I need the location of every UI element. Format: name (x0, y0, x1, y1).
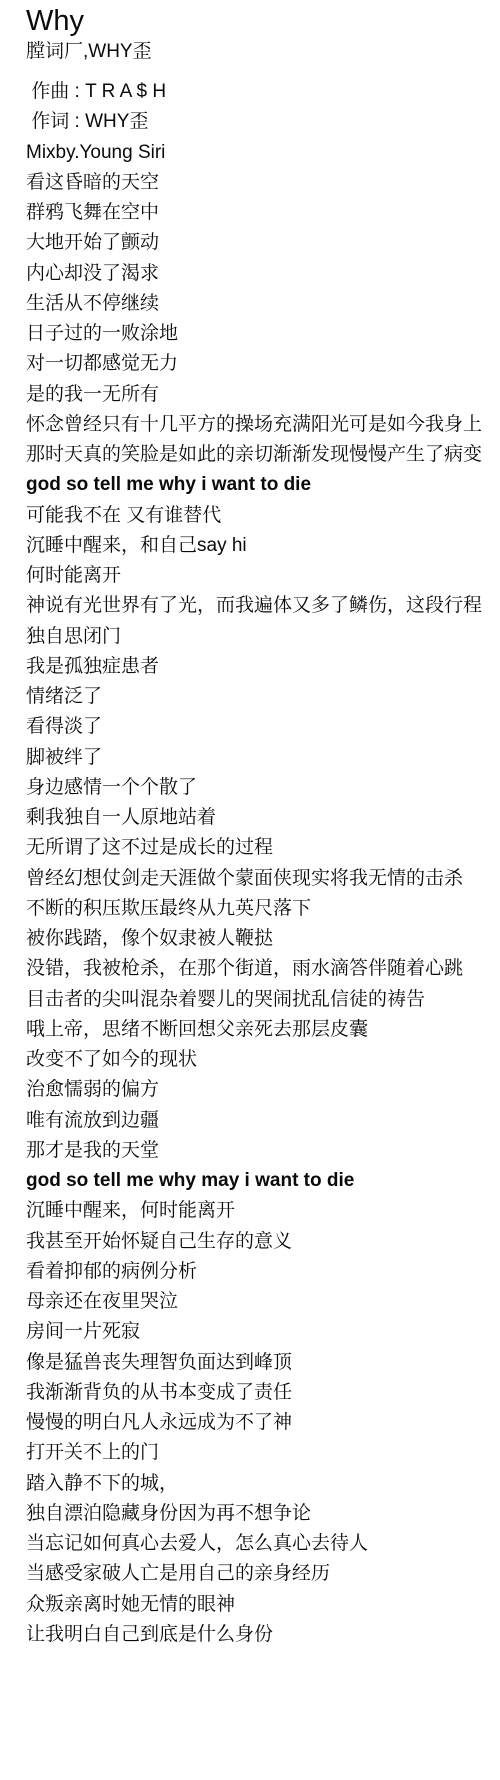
lyric-line: 生活从不停继续 (26, 289, 500, 319)
lyric-line: 作词 : WHY歪 (26, 107, 500, 137)
lyric-line: 像是猛兽丧失理智负面达到峰顶 (26, 1348, 500, 1378)
lyric-line: 是的我一无所有 (26, 380, 500, 410)
lyric-line: 当忘记如何真心去爱人，怎么真心去待人 (26, 1529, 500, 1559)
lyric-line: 房间一片死寂 (26, 1317, 500, 1347)
lyric-line: 剩我独自一人原地站着 (26, 803, 500, 833)
lyric-line: 对一切都感觉无力 (26, 349, 500, 379)
lyric-line: Mixby.Young Siri (26, 138, 500, 168)
lyric-line: 曾经幻想仗剑走天涯做个蒙面侠现实将我无情的击杀 (26, 864, 500, 894)
lyric-line: 作曲 : T R A $ H (26, 77, 500, 107)
lyric-line: 哦上帝，思绪不断回想父亲死去那层皮囊 (26, 1015, 500, 1045)
lyrics-page: Why 膛词厂,WHY歪 作曲 : T R A $ H 作词 : WHY歪Mix… (0, 0, 500, 1650)
lyric-line: 众叛亲离时她无情的眼神 (26, 1590, 500, 1620)
lyric-line: 看得淡了 (26, 712, 500, 742)
lyric-line: 无所谓了这不过是成长的过程 (26, 833, 500, 863)
lyric-line: 怀念曾经只有十几平方的操场充满阳光可是如今我身上 (26, 410, 500, 440)
lyric-line: 群鸦飞舞在空中 (26, 198, 500, 228)
lyric-line: 不断的积压欺压最终从九英尺落下 (26, 894, 500, 924)
lyric-line: 改变不了如今的现状 (26, 1045, 500, 1075)
lyric-line: god so tell me why i want to die (26, 470, 500, 500)
lyric-line: 身边感情一个个散了 (26, 773, 500, 803)
lyric-line: 看着抑郁的病例分析 (26, 1257, 500, 1287)
lyric-line: 被你践踏，像个奴隶被人鞭挞 (26, 924, 500, 954)
lyric-line: 唯有流放到边疆 (26, 1106, 500, 1136)
lyric-line: 沉睡中醒来，何时能离开 (26, 1196, 500, 1226)
lyric-line: 脚被绊了 (26, 743, 500, 773)
lyric-line: 母亲还在夜里哭泣 (26, 1287, 500, 1317)
lyric-line: 神说有光世界有了光，而我遍体又多了鳞伤，这段行程 (26, 591, 500, 621)
lyric-line: 日子过的一败涂地 (26, 319, 500, 349)
lyric-line: 看这昏暗的天空 (26, 168, 500, 198)
lyric-line: 治愈懦弱的偏方 (26, 1075, 500, 1105)
lyric-line: 目击者的尖叫混杂着婴儿的哭闹扰乱信徒的祷告 (26, 985, 500, 1015)
lyric-line: 我是孤独症患者 (26, 652, 500, 682)
lyric-line: 独自思闭门 (26, 622, 500, 652)
lyric-line: 那才是我的天堂 (26, 1136, 500, 1166)
lyric-line: god so tell me why may i want to die (26, 1166, 500, 1196)
lyric-line: 我渐渐背负的从书本变成了责任 (26, 1378, 500, 1408)
lyric-line: 慢慢的明白凡人永远成为不了神 (26, 1408, 500, 1438)
lyric-line: 情绪泛了 (26, 682, 500, 712)
lyric-line: 何时能离开 (26, 561, 500, 591)
lyric-line: 那时天真的笑脸是如此的亲切渐渐发现慢慢产生了病变 (26, 440, 500, 470)
lyric-line: 打开关不上的门 (26, 1438, 500, 1468)
lyric-line: 当感受家破人亡是用自己的亲身经历 (26, 1559, 500, 1589)
lyric-line: 踏入静不下的城， (26, 1469, 500, 1499)
lyric-line: 大地开始了颤动 (26, 228, 500, 258)
lyric-line: 没错，我被枪杀，在那个街道，雨水滴答伴随着心跳 (26, 954, 500, 984)
lyric-line: 让我明白自己到底是什么身份 (26, 1620, 500, 1650)
lyric-line: 独自漂泊隐藏身份因为再不想争论 (26, 1499, 500, 1529)
lyrics-block: 作曲 : T R A $ H 作词 : WHY歪Mixby.Young Siri… (26, 77, 500, 1650)
lyric-line: 我甚至开始怀疑自己生存的意义 (26, 1227, 500, 1257)
artist-names: 膛词厂,WHY歪 (26, 39, 500, 64)
lyric-line: 可能我不在 又有谁替代 (26, 501, 500, 531)
lyric-line: 沉睡中醒来，和自己say hi (26, 531, 500, 561)
song-title: Why (26, 3, 500, 39)
lyric-line: 内心却没了渴求 (26, 259, 500, 289)
